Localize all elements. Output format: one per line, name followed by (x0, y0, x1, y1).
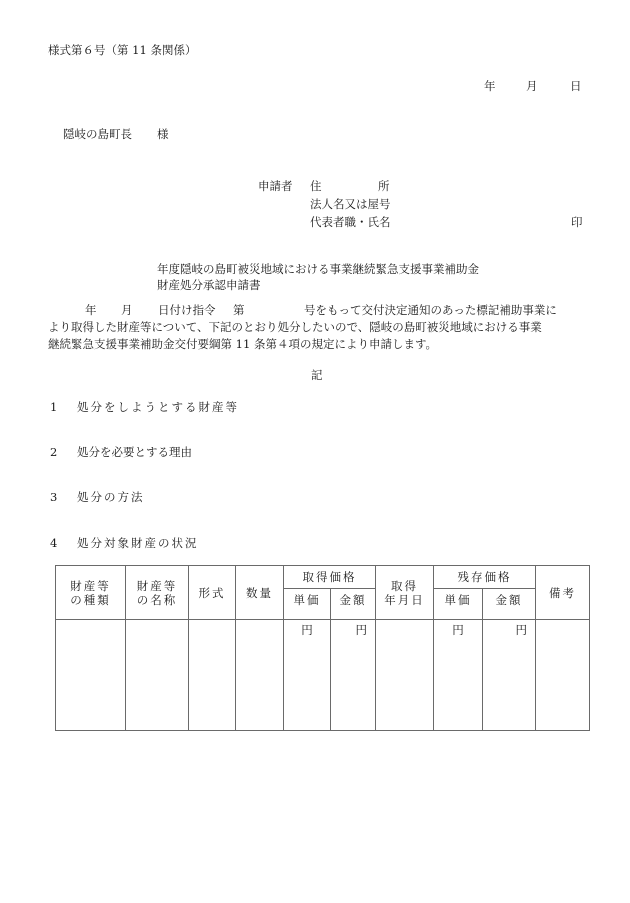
asset-status-table: 財産等の種類 財産等の名称 形式 数量 取得価格 取得年月日 残存価格 備考 単… (55, 565, 590, 731)
header-acquisition-date: 取得年月日 (376, 566, 434, 620)
address-label-a: 住 (310, 181, 322, 193)
item-1: 1処分をしようとする財産等 (50, 402, 239, 414)
item-number: 2 (50, 447, 77, 459)
header-residual-amount: 金額 (483, 589, 536, 620)
seal-mark: 印 (571, 217, 583, 229)
yen-unit-label: 円 (483, 620, 535, 637)
date-month-label: 月 (526, 81, 538, 93)
item-label: 処分対象財産の状況 (77, 536, 199, 550)
yen-unit-label: 円 (284, 620, 330, 637)
item-4: 4処分対象財産の状況 (50, 538, 199, 550)
title-line-1: 年度隠岐の島町被災地域における事業継続緊急支援事業補助金 (157, 264, 479, 276)
header-asset-name: 財産等の名称 (126, 566, 189, 620)
address-label-b: 所 (378, 181, 390, 193)
header-quantity: 数量 (236, 566, 284, 620)
body-year: 年 (85, 305, 97, 317)
header-asset-type: 財産等の種類 (56, 566, 126, 620)
addressee-name: 隠岐の島町長 (63, 129, 132, 141)
yen-unit-label: 円 (434, 620, 482, 637)
body-number-prefix: 第 (233, 305, 245, 317)
header-acquisition-unit: 単価 (284, 589, 331, 620)
item-3: 3処分の方法 (50, 492, 145, 504)
header-form: 形式 (189, 566, 236, 620)
cell-remarks[interactable] (536, 620, 590, 731)
date-year-label: 年 (484, 81, 496, 93)
table-row: 円 円 円 円 (56, 620, 590, 731)
cell-form[interactable] (189, 620, 236, 731)
item-number: 3 (50, 492, 77, 504)
yen-unit-label: 円 (331, 620, 375, 637)
cell-asset-name[interactable] (126, 620, 189, 731)
header-remarks: 備考 (536, 566, 590, 620)
item-2: 2処分を必要とする理由 (50, 447, 192, 459)
item-label: 処分をしようとする財産等 (77, 400, 239, 414)
form-number: 様式第６号（第 11 条関係） (48, 45, 196, 57)
body-line-2: より取得した財産等について、下記のとおり処分したいので、隠岐の島町被災地域におけ… (48, 322, 542, 334)
item-number: 1 (50, 402, 77, 414)
body-month: 月 (121, 305, 133, 317)
title-line-2: 財産処分承認申請書 (157, 280, 261, 292)
body-dated-directive: 日付け指令 (158, 305, 216, 317)
cell-acquisition-date[interactable] (376, 620, 434, 731)
addressee-honorific: 様 (157, 129, 169, 141)
body-line1-rest: 号をもって交付決定通知のあった標記補助事業に (304, 305, 557, 317)
ki-heading: 記 (311, 370, 323, 382)
item-label: 処分の方法 (77, 490, 145, 504)
item-number: 4 (50, 538, 77, 550)
cell-residual-amount[interactable]: 円 (483, 620, 536, 731)
cell-residual-unit[interactable]: 円 (434, 620, 483, 731)
header-residual-price: 残存価格 (434, 566, 536, 589)
date-day-label: 日 (570, 81, 582, 93)
cell-quantity[interactable] (236, 620, 284, 731)
item-label: 処分を必要とする理由 (77, 445, 192, 459)
header-acquisition-amount: 金額 (331, 589, 376, 620)
body-line-3: 継続緊急支援事業補助金交付要綱第 11 条第４項の規定により申請します。 (48, 339, 437, 351)
representative-label: 代表者職・氏名 (310, 217, 391, 229)
company-name-label: 法人名又は屋号 (310, 199, 391, 211)
header-residual-unit: 単価 (434, 589, 483, 620)
cell-acquisition-unit[interactable]: 円 (284, 620, 331, 731)
cell-asset-type[interactable] (56, 620, 126, 731)
header-acquisition-price: 取得価格 (284, 566, 376, 589)
applicant-label: 申請者 (258, 181, 293, 193)
cell-acquisition-amount[interactable]: 円 (331, 620, 376, 731)
